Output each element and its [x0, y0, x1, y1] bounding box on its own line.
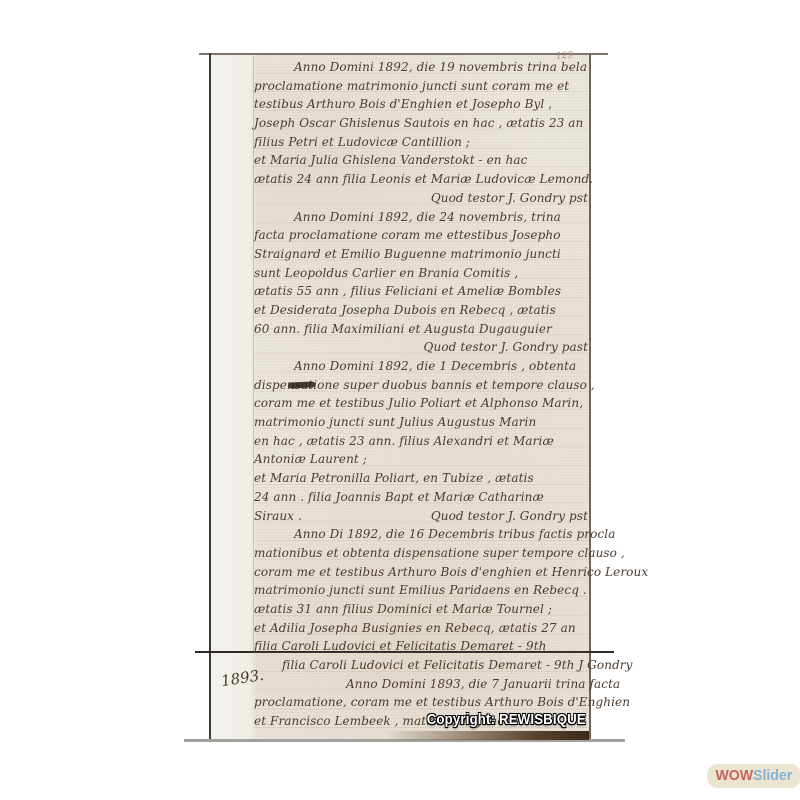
- manuscript-line: en hac , ætatis 23 ann. filius Alexandri…: [254, 432, 588, 451]
- manuscript-line: matrimonio juncti sunt Julius Augustus M…: [254, 413, 588, 432]
- manuscript-line: Anno Domini 1892, die 1 Decembris , obte…: [254, 357, 588, 376]
- manuscript-line: ætatis 31 ann filius Dominici et Mariæ T…: [254, 600, 588, 619]
- scan-right-rule: [589, 53, 591, 742]
- wowslider-brand-second: Slider: [753, 767, 792, 784]
- scan-edge-shadow: [385, 731, 589, 740]
- manuscript-attestation-line: Quod testor J. Gondry past: [254, 338, 588, 357]
- copyright-watermark: Copyright: REWISBIQUE: [427, 711, 586, 728]
- manuscript-line: facta proclamatione coram me ettestibus …: [254, 226, 588, 245]
- manuscript-line: sunt Leopoldus Carlier en Brania Comitis…: [254, 264, 588, 283]
- scan-top-rule: [199, 53, 608, 55]
- manuscript-line: Antoniæ Laurent ;: [254, 450, 588, 469]
- manuscript-split-line: Siraux . Quod testor J. Gondry pst: [254, 507, 588, 526]
- manuscript-line: et Desiderata Josepha Dubois en Rebecq ,…: [254, 301, 588, 320]
- manuscript-attestation-line: Quod testor J. Gondry pst: [254, 189, 588, 208]
- handwriting-block: Anno Domini 1892, die 19 novembris trina…: [254, 58, 588, 731]
- manuscript-line: et Maria Petronilla Poliart, en Tubize ,…: [254, 469, 588, 488]
- manuscript-line: mationibus et obtenta dispensatione supe…: [254, 544, 588, 563]
- manuscript-line: filia Caroli Ludovici et Felicitatis Dem…: [254, 656, 588, 675]
- viewer-stage: 129 Anno Domini 1892, die 19 novembris t…: [0, 0, 800, 800]
- manuscript-line: 24 ann . filia Joannis Bapt et Mariæ Cat…: [254, 488, 588, 507]
- manuscript-line: 60 ann. filia Maximiliani et Augusta Dug…: [254, 320, 588, 339]
- manuscript-attestation-line: Quod testor J. Gondry pst: [431, 507, 588, 526]
- manuscript-line: Anno Domini 1892, die 24 novembris, trin…: [254, 208, 588, 227]
- scan-left-rule: [209, 53, 211, 742]
- manuscript-line: testibus Arthuro Bois d'Enghien et Josep…: [254, 95, 588, 114]
- manuscript-line: et Adilia Josepha Busignies en Rebecq, æ…: [254, 619, 588, 638]
- manuscript-line-left: Siraux .: [254, 507, 302, 526]
- manuscript-line: matrimonio juncti sunt Emilius Paridaens…: [254, 581, 588, 600]
- manuscript-line: filius Petri et Ludovicæ Cantillion ;: [254, 133, 588, 152]
- manuscript-line: proclamatione matrimonio juncti sunt cor…: [254, 77, 588, 96]
- manuscript-crossed-line: filia Caroli Ludovici et Felicitatis Dem…: [254, 637, 588, 656]
- wowslider-watermark[interactable]: WOWSlider: [707, 764, 800, 788]
- manuscript-line: Anno Di 1892, die 16 Decembris tribus fa…: [254, 525, 588, 544]
- manuscript-line: coram me et testibus Julio Poliart et Al…: [254, 394, 588, 413]
- manuscript-line: proclamatione, coram me et testibus Arth…: [254, 693, 588, 712]
- wowslider-brand-first: WOW: [715, 767, 753, 784]
- manuscript-line: Anno Domini 1893, die 7 Januarii trina f…: [254, 675, 588, 694]
- manuscript-line: Anno Domini 1892, die 19 novembris trina…: [254, 58, 588, 77]
- manuscript-line: ætatis 55 ann , filius Feliciani et Amel…: [254, 282, 588, 301]
- manuscript-line: Straignard et Emilio Buguenne matrimonio…: [254, 245, 588, 264]
- manuscript-line: coram me et testibus Arthuro Bois d'engh…: [254, 563, 588, 582]
- manuscript-line: et Maria Julia Ghislena Vanderstokt - en…: [254, 151, 588, 170]
- manuscript-line: ætatis 24 ann filia Leonis et Mariæ Ludo…: [254, 170, 588, 189]
- manuscript-line: Joseph Oscar Ghislenus Sautois en hac , …: [254, 114, 588, 133]
